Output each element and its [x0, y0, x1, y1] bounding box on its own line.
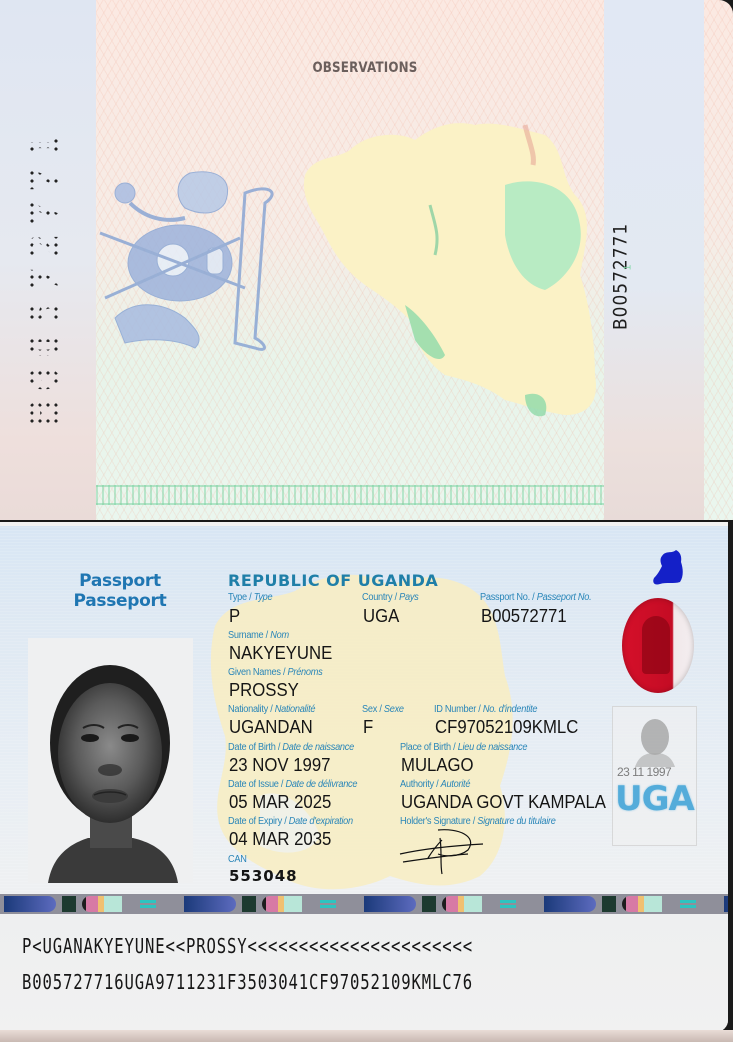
- date-of-expiry-label: Date of Expiry / Date d'expiration: [228, 816, 353, 827]
- vertical-passport-number: B00572771: [610, 223, 632, 330]
- document-label-en: Passport: [60, 571, 180, 591]
- document-label: Passport Passeport: [60, 571, 180, 611]
- id-number-label: ID Number / No. d'indentite: [434, 704, 537, 715]
- ghost-portrait: [613, 707, 698, 767]
- machine-readable-zone: P<UGANAKYEYUNE<<PROSSY<<<<<<<<<<<<<<<<<<…: [0, 914, 728, 1032]
- type-value: P: [229, 606, 240, 627]
- ghost-country-code: UGA: [615, 779, 694, 819]
- dob-label: Date of Birth / Date de naissance: [228, 742, 354, 753]
- dob-value: 23 NOV 1997: [229, 755, 330, 776]
- date-of-expiry-value: 04 MAR 2035: [229, 829, 331, 850]
- coat-of-arms-icon: [95, 168, 280, 353]
- holder-signature: [398, 826, 488, 876]
- country-label: Country / Pays: [362, 592, 418, 603]
- observations-title: OBSERVATIONS: [225, 60, 506, 76]
- security-window-image: [622, 598, 694, 693]
- portrait-image: [28, 638, 193, 883]
- date-of-issue-label: Date of Issue / Date de délivrance: [228, 779, 357, 790]
- nationality-value: UGANDAN: [229, 717, 313, 738]
- uganda-map-watermark: [295, 105, 605, 425]
- mrz-line-1: P<UGANAKYEYUNE<<PROSSY<<<<<<<<<<<<<<<<<<…: [22, 934, 473, 958]
- given-names-value: PROSSY: [229, 680, 299, 701]
- id-number-value: CF97052109KMLC: [435, 717, 578, 738]
- passport-no-label: Passport No. / Passeport No.: [480, 592, 591, 603]
- authority-label: Authority / Autorité: [400, 779, 470, 790]
- surname-value: NAKYEYUNE: [229, 643, 332, 664]
- sex-label: Sex / Sexe: [362, 704, 404, 715]
- authority-value: UGANDA GOVT KAMPALA: [401, 792, 606, 813]
- sex-value: F: [363, 717, 373, 738]
- place-of-birth-label: Place of Birth / Lieu de naissance: [400, 742, 527, 753]
- page-edge: [0, 1030, 733, 1042]
- perforated-passport-number: B00572771: [20, 45, 69, 425]
- holographic-strip: [0, 894, 728, 914]
- holder-photo: [28, 638, 193, 883]
- uganda-map-icon: [650, 548, 686, 586]
- ghost-image: 23 11 1997 UGA: [612, 706, 697, 846]
- country-value: UGA: [363, 606, 399, 627]
- can-label: CAN: [228, 854, 247, 865]
- nationality-label: Nationality / Nationalité: [228, 704, 315, 715]
- guilloche-border: [96, 485, 604, 505]
- given-names-label: Given Names / Prénoms: [228, 667, 322, 678]
- date-of-issue-value: 05 MAR 2025: [229, 792, 331, 813]
- type-label: Type / Type: [228, 592, 272, 603]
- observations-page: OBSERVATIONS B00572771 B00572771 1: [0, 0, 733, 520]
- page-index: 1: [622, 265, 633, 271]
- can-value: 553048: [229, 867, 298, 885]
- mrz-line-2: B005727716UGA9711231F3503041CF97052109KM…: [22, 970, 473, 994]
- passport-data-page: Passport Passeport REPUBLIC OF UGANDA Ty…: [0, 522, 728, 1032]
- issuing-state: REPUBLIC OF UGANDA: [228, 571, 438, 590]
- passport-no-value: B00572771: [481, 606, 567, 627]
- surname-label: Surname / Nom: [228, 630, 289, 641]
- place-of-birth-value: MULAGO: [401, 755, 474, 776]
- document-label-fr: Passeport: [60, 591, 180, 611]
- ghost-dob: 23 11 1997: [617, 765, 671, 779]
